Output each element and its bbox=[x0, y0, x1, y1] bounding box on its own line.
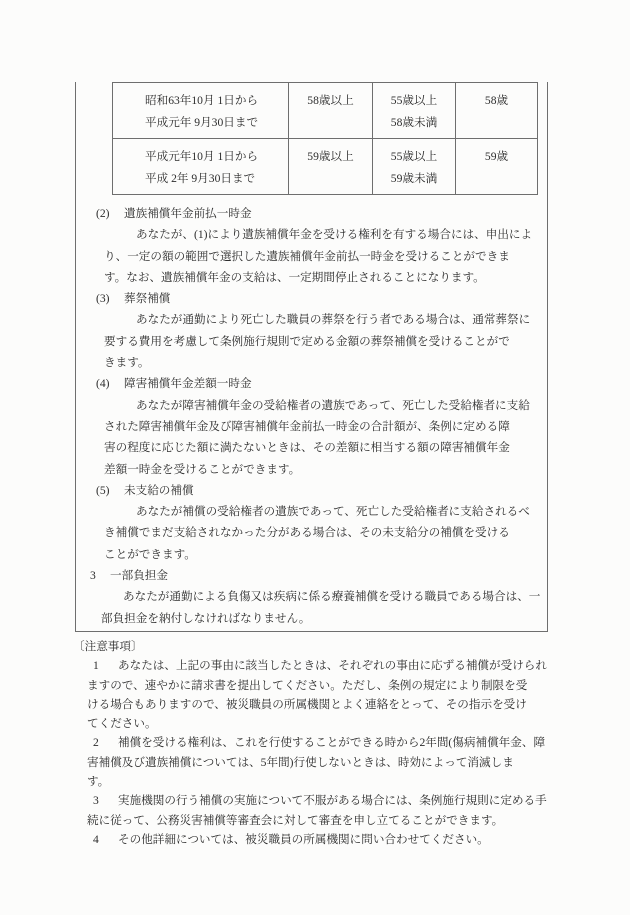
section-number: 3 bbox=[90, 565, 110, 586]
period-cell: 平成元年10月 1日から平成 2年 9月30日まで bbox=[113, 139, 289, 195]
table-row: 昭和63年10月 1日から平成元年 9月30日まで58歳以上55歳以上58歳未満… bbox=[113, 83, 538, 139]
note-item: 1あなたは、上記の事由に該当したときは、それぞれの事由に応ずる補償が受けられます… bbox=[73, 656, 545, 733]
age-threshold-cell: 58歳以上 bbox=[289, 83, 373, 139]
section-text-line: ことができます。 bbox=[76, 544, 549, 565]
section-title: 未支給の補償 bbox=[124, 484, 194, 497]
section-text-line: 差額一時金を受けることができます。 bbox=[76, 459, 549, 480]
section-heading: (2)遺族補償年金前払一時金 bbox=[76, 203, 549, 224]
section-text-line: あなたが障害補償年金の受給権者の遺族であって、死亡した受給権者に支給 bbox=[76, 395, 549, 416]
section-text-line: された障害補償年金及び障害補償年金前払一時金の合計額が、条例に定める障 bbox=[76, 416, 549, 437]
note-text-line: てください。 bbox=[73, 714, 545, 733]
note-text: その他詳細については、被災職員の所属機関に問い合わせてください。 bbox=[118, 833, 489, 846]
section-number: (2) bbox=[96, 203, 124, 224]
section-heading: (3)葬祭補償 bbox=[76, 288, 549, 309]
section-text-line: あなたが、(1)により遺族補償年金を受ける権利を有する場合には、申出によ bbox=[76, 224, 549, 245]
table-row: 平成元年10月 1日から平成 2年 9月30日まで59歳以上55歳以上59歳未満… bbox=[113, 139, 538, 195]
section-heading: 3一部負担金 bbox=[76, 565, 549, 586]
section-title: 遺族補償年金前払一時金 bbox=[124, 207, 252, 220]
note-number: 2 bbox=[93, 733, 118, 752]
section-number: (3) bbox=[96, 288, 124, 309]
note-item: 2補償を受ける権利は、これを行使することができる時から2年間(傷病補償年金、障害… bbox=[73, 733, 545, 791]
note-text-line: 1あなたは、上記の事由に該当したときは、それぞれの事由に応ずる補償が受けられ bbox=[73, 656, 545, 675]
note-number: 1 bbox=[93, 656, 118, 675]
section: (3)葬祭補償あなたが通勤により死亡した職員の葬祭を行う者である場合は、通常葬祭… bbox=[76, 288, 549, 373]
note-number: 4 bbox=[93, 830, 118, 849]
section-text-line: あなたが通勤による負傷又は疾病に係る療養補償を受ける職員である場合は、一 bbox=[76, 586, 549, 607]
period-cell: 昭和63年10月 1日から平成元年 9月30日まで bbox=[113, 83, 289, 139]
age-table-body: 昭和63年10月 1日から平成元年 9月30日まで58歳以上55歳以上58歳未満… bbox=[113, 83, 538, 195]
section-title: 障害補償年金差額一時金 bbox=[124, 377, 252, 390]
note-text-line: す。 bbox=[73, 772, 545, 791]
age-range-line: 58歳未満 bbox=[373, 112, 455, 134]
section: (2)遺族補償年金前払一時金あなたが、(1)により遺族補償年金を受ける権利を有す… bbox=[76, 203, 549, 288]
age-requirements-table: 昭和63年10月 1日から平成元年 9月30日まで58歳以上55歳以上58歳未満… bbox=[112, 82, 538, 195]
notes-heading: 〔注意事項〕 bbox=[73, 637, 545, 656]
age-threshold-cell: 59歳以上 bbox=[289, 139, 373, 195]
compensation-details-box: 昭和63年10月 1日から平成元年 9月30日まで58歳以上55歳以上58歳未満… bbox=[75, 82, 548, 632]
section-text-line: きます。 bbox=[76, 352, 549, 373]
period-line: 昭和63年10月 1日から bbox=[145, 90, 288, 112]
note-text: 補償を受ける権利は、これを行使することができる時から2年間(傷病補償年金、障 bbox=[118, 736, 545, 749]
age-range-line: 55歳以上 bbox=[373, 90, 455, 112]
section-text-line: 要する費用を考慮して条例施行規則で定める金額の葬祭補償を受けることがで bbox=[76, 331, 549, 352]
section-text-line: り、一定の額の範囲で選択した遺族補償年金前払一時金を受けることができま bbox=[76, 246, 549, 267]
note-text-line: 2補償を受ける権利は、これを行使することができる時から2年間(傷病補償年金、障 bbox=[73, 733, 545, 752]
section-text-line: 害の程度に応じた額に満たないときは、その差額に相当する額の障害補償年金 bbox=[76, 437, 549, 458]
section: (4)障害補償年金差額一時金あなたが障害補償年金の受給権者の遺族であって、死亡し… bbox=[76, 373, 549, 479]
section-number: (4) bbox=[96, 373, 124, 394]
note-number: 3 bbox=[93, 791, 118, 810]
section-heading: (5)未支給の補償 bbox=[76, 480, 549, 501]
note-text-line: 3実施機関の行う補償の実施について不服がある場合には、条例施行規則に定める手 bbox=[73, 791, 545, 810]
note-text-line: 続に従って、公務災害補償等審査会に対して審査を申し立てることができます。 bbox=[73, 811, 545, 830]
section-text-line: す。なお、遺族補償年金の支給は、一定期間停止されることになります。 bbox=[76, 267, 549, 288]
section-number: (5) bbox=[96, 480, 124, 501]
age-range-line: 59歳未満 bbox=[373, 168, 455, 190]
notes-section: 〔注意事項〕 1あなたは、上記の事由に該当したときは、それぞれの事由に応ずる補償… bbox=[73, 637, 545, 849]
section-heading: (4)障害補償年金差額一時金 bbox=[76, 373, 549, 394]
section-title: 葬祭補償 bbox=[124, 292, 170, 305]
period-line: 平成元年10月 1日から bbox=[145, 146, 288, 168]
section-title: 一部負担金 bbox=[110, 569, 168, 582]
section-text-line: あなたが通勤により死亡した職員の葬祭を行う者である場合は、通常葬祭に bbox=[76, 309, 549, 330]
note-text: あなたは、上記の事由に該当したときは、それぞれの事由に応ずる補償が受けられ bbox=[118, 659, 547, 672]
note-item: 4その他詳細については、被災職員の所属機関に問い合わせてください。 bbox=[73, 830, 545, 849]
period-line: 平成元年 9月30日まで bbox=[145, 112, 288, 134]
note-text-line: ける場合もありますので、被災職員の所属機関とよく連絡をとって、その指示を受け bbox=[73, 695, 545, 714]
age-range-line: 55歳以上 bbox=[373, 146, 455, 168]
compensation-sections: (2)遺族補償年金前払一時金あなたが、(1)により遺族補償年金を受ける権利を有す… bbox=[76, 203, 549, 629]
note-text-line: 4その他詳細については、被災職員の所属機関に問い合わせてください。 bbox=[73, 830, 545, 849]
section: 3一部負担金あなたが通勤による負傷又は疾病に係る療養補償を受ける職員である場合は… bbox=[76, 565, 549, 629]
section-text-line: き補償でまだ支給されなかった分がある場合は、その未支給分の補償を受ける bbox=[76, 522, 549, 543]
age-range-cell: 55歳以上59歳未満 bbox=[373, 139, 456, 195]
period-line: 平成 2年 9月30日まで bbox=[145, 168, 288, 190]
note-text: 実施機関の行う補償の実施について不服がある場合には、条例施行規則に定める手 bbox=[118, 794, 547, 807]
age-range-cell: 55歳以上58歳未満 bbox=[373, 83, 456, 139]
note-item: 3実施機関の行う補償の実施について不服がある場合には、条例施行規則に定める手続に… bbox=[73, 791, 545, 830]
section-text-line: あなたが補償の受給権者の遺族であって、死亡した受給権者に支給されるべ bbox=[76, 501, 549, 522]
agreed-age-cell: 58歳 bbox=[456, 83, 538, 139]
note-text-line: ますので、速やかに請求書を提出してください。ただし、条例の規定により制限を受 bbox=[73, 676, 545, 695]
notes-items: 1あなたは、上記の事由に該当したときは、それぞれの事由に応ずる補償が受けられます… bbox=[73, 656, 545, 849]
agreed-age-cell: 59歳 bbox=[456, 139, 538, 195]
section-text-line: 部負担金を納付しなければなりません。 bbox=[76, 608, 549, 629]
note-text-line: 害補償及び遺族補償については、5年間)行使しないときは、時効によって消滅しま bbox=[73, 753, 545, 772]
document-page: 昭和63年10月 1日から平成元年 9月30日まで58歳以上55歳以上58歳未満… bbox=[0, 0, 630, 915]
section: (5)未支給の補償あなたが補償の受給権者の遺族であって、死亡した受給権者に支給さ… bbox=[76, 480, 549, 565]
